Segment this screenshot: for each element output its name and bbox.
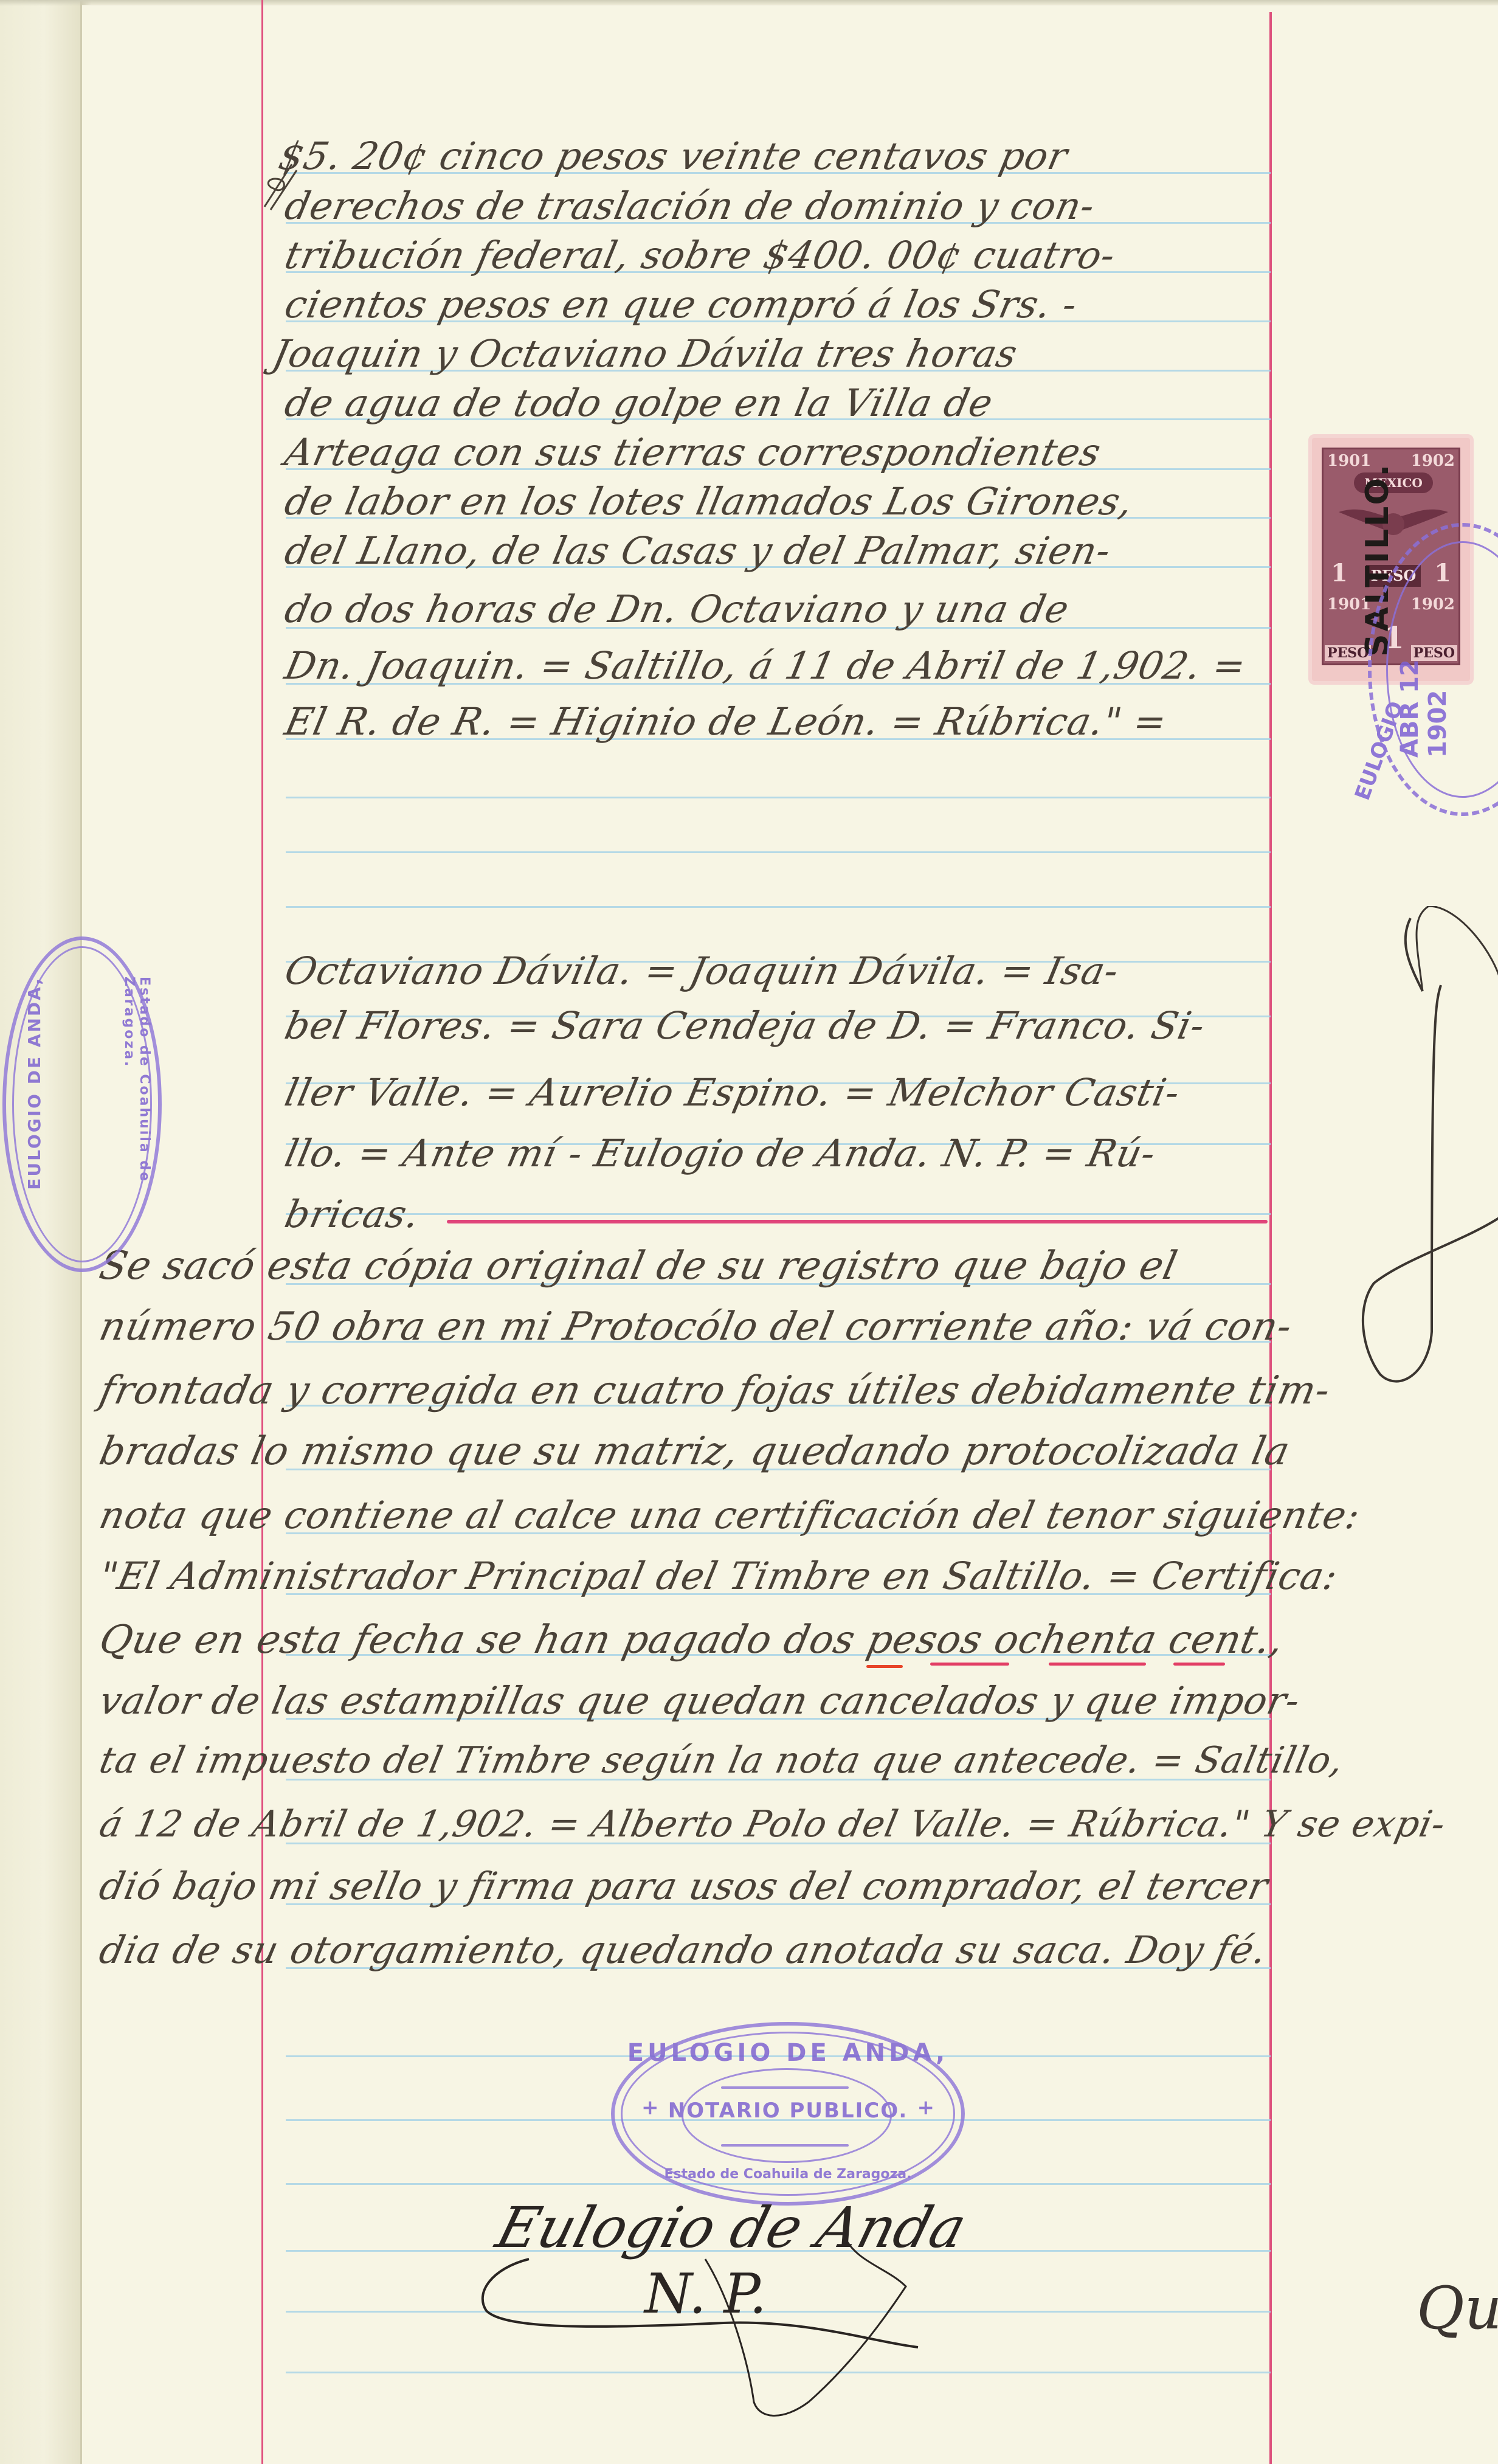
stamp-year-right: 1902: [1411, 452, 1455, 470]
seal-ornament-top: [721, 2086, 849, 2089]
text-line: dia de su otorgamiento, quedando anotada…: [95, 1928, 1271, 1972]
text-line: del Llano, de las Casas y del Palmar, si…: [281, 528, 1115, 573]
left-margin-line: [261, 0, 263, 2464]
text-line: Que en esta fecha se han pagado dos peso…: [95, 1618, 1288, 1663]
seal-top-text: EULOGIO DE ANDA,: [615, 2039, 961, 2067]
text-line: de agua de todo golpe en la Villa de: [281, 381, 997, 425]
text-line: Dn. Joaquin. = Saltillo, á 11 de Abril d…: [281, 643, 1250, 688]
text-line: dió bajo mi sello y firma para usos del …: [95, 1864, 1272, 1908]
seal-cross-icon: +: [641, 2095, 659, 2120]
left-seal-outer-text: EULOGIO DE ANDA,: [24, 977, 44, 1190]
text-line: "El Administrador Principal del Timbre e…: [95, 1554, 1342, 1598]
red-underline-dos: [866, 1665, 903, 1668]
text-line: bradas lo mismo que su matriz, quedando …: [95, 1429, 1294, 1474]
text-line: Octaviano Dávila. = Joaquin Dávila. = Is…: [281, 949, 1123, 993]
text-line: ta el impuesto del Timbre según la nota …: [96, 1739, 1348, 1782]
notary-seal-left: EULOGIO DE ANDA, Estado de Coahuila de Z…: [2, 936, 162, 1272]
catchword: Qu: [1417, 2274, 1498, 2342]
page-top-edge: [0, 0, 1498, 6]
text-line: llo. = Ante mí - Eulogio de Anda. N. P. …: [281, 1131, 1160, 1175]
text-line: frontada y corregida en cuatro fojas úti…: [95, 1368, 1334, 1413]
text-line: bricas.: [281, 1192, 424, 1236]
red-underline-pesos: [930, 1663, 1009, 1666]
text-line: Arteaga con sus tierras correspondientes: [281, 430, 1105, 474]
text-line: tribución federal, sobre $400. 00¢ cuatr…: [281, 233, 1119, 277]
right-margin-line: [1269, 12, 1272, 2464]
text-line: Joaquin y Octaviano Dávila tres horas: [269, 331, 1021, 376]
text-line: ller Valle. = Aurelio Espino. = Melchor …: [281, 1070, 1184, 1115]
closing-red-rule: [447, 1220, 1268, 1223]
text-line: valor de las estampillas que quedan canc…: [95, 1678, 1304, 1723]
text-line: cientos pesos en que compró á los Srs. -: [281, 282, 1082, 327]
stamp-value-left: 1: [1331, 559, 1348, 587]
text-line: derechos de traslación de dominio y con-: [281, 184, 1099, 228]
left-seal-inner-text: Estado de Coahuila de Zaragoza.: [122, 977, 152, 1268]
signature-flourish-icon: [468, 2201, 930, 2420]
seal-ornament-bottom: [721, 2144, 849, 2147]
text-line: de labor en los lotes llamados Los Giron…: [281, 479, 1137, 524]
margin-paraph-icon: [1325, 906, 1498, 1514]
text-line: número 50 obra en mi Protocólo del corri…: [95, 1304, 1296, 1349]
text-line: bel Flores. = Sara Cendeja de D. = Franc…: [281, 1003, 1209, 1048]
red-underline-cent: [1173, 1663, 1225, 1666]
text-line: do dos horas de Dn. Octaviano y una de: [281, 587, 1073, 631]
text-line: nota que contiene al calce una certifica…: [95, 1493, 1364, 1537]
text-line: Se sacó esta cópia original de su regist…: [95, 1244, 1181, 1289]
text-line: á 12 de Abril de 1,902. = Alberto Polo d…: [96, 1803, 1450, 1846]
seal-bottom-text: Estado de Coahuila de Zaragoza.: [615, 2167, 961, 2182]
red-underline-ochenta: [1049, 1663, 1146, 1666]
notary-seal: EULOGIO DE ANDA, NOTARIO PUBLICO. + + Es…: [611, 2022, 965, 2206]
text-line: $5. 20¢ cinco pesos veinte centavos por: [275, 134, 1072, 178]
text-line: El R. de R. = Higinio de León. = Rúbrica…: [281, 699, 1171, 744]
seal-cross-icon: +: [917, 2095, 935, 2120]
seal-middle-text: NOTARIO PUBLICO.: [615, 2099, 961, 2123]
